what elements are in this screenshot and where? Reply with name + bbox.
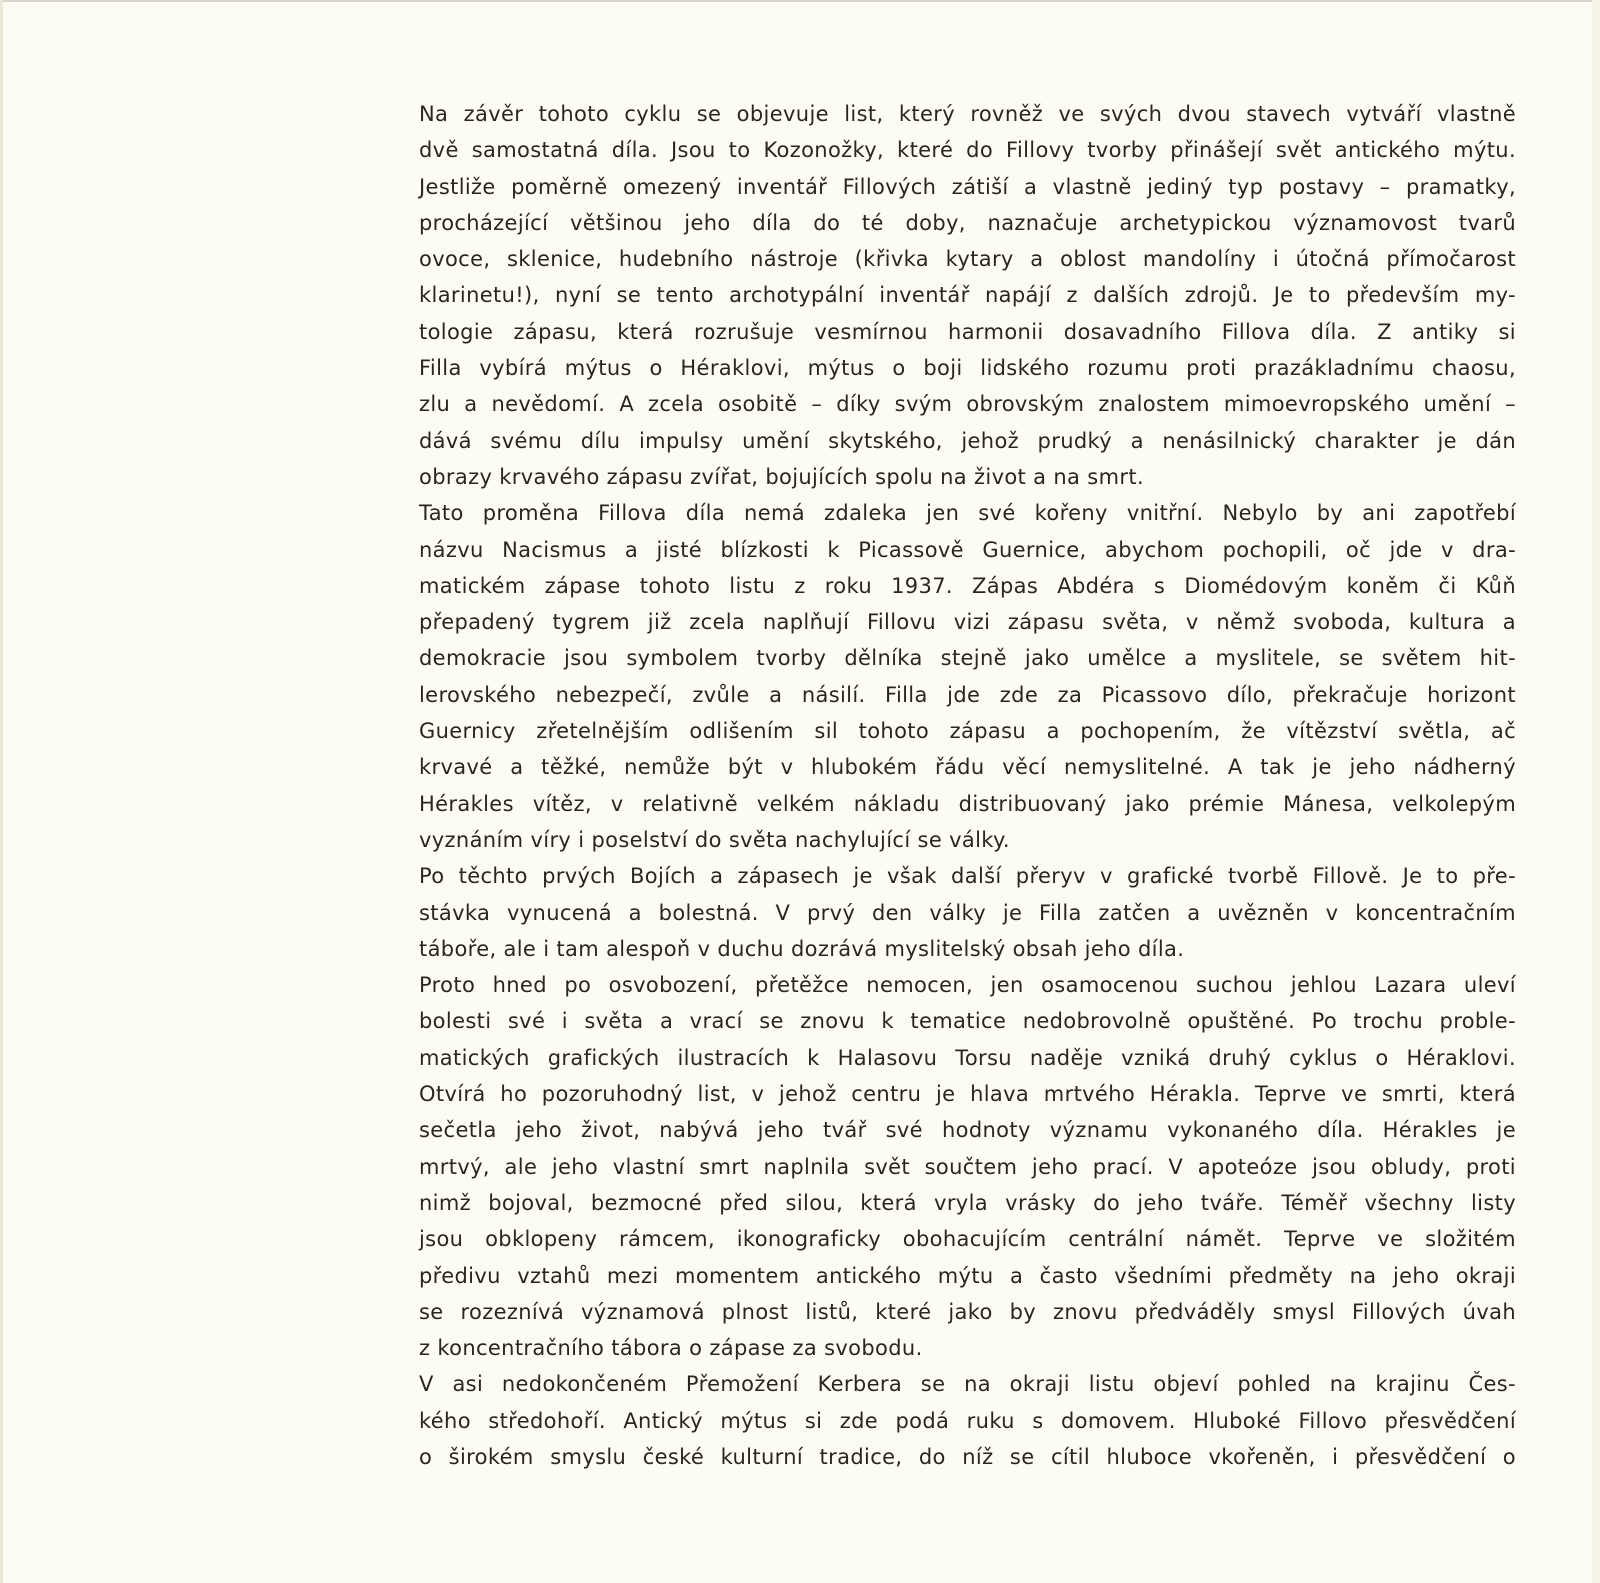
text-line: Hérakles vítěz, v relativně velkém nákla…	[419, 786, 1516, 822]
text-line: nimž bojoval, bezmocné před silou, která…	[419, 1185, 1516, 1221]
text-line: Tato proměna Fillova díla nemá zdaleka j…	[419, 495, 1516, 531]
text-line: ovoce, sklenice, hudebního nástroje (kři…	[419, 241, 1516, 277]
text-line: bolesti své i světa a vrací se znovu k t…	[419, 1003, 1516, 1039]
body-text-column: Na závěr tohoto cyklu se objevuje list, …	[419, 96, 1516, 1475]
text-line: jsou obklopeny rámcem, ikonograficky obo…	[419, 1221, 1516, 1257]
text-line: obrazy krvavého zápasu zvířat, bojujícíc…	[419, 459, 1516, 495]
paragraph: Proto hned po osvobození, přetěžce nemoc…	[419, 967, 1516, 1076]
text-line: sečetla jeho život, nabývá jeho tvář své…	[419, 1112, 1516, 1148]
text-line: Jestliže poměrně omezený inventář Fillov…	[419, 169, 1516, 205]
text-line: Proto hned po osvobození, přetěžce nemoc…	[419, 967, 1516, 1003]
text-line: matických grafických ilustracích k Halas…	[419, 1040, 1516, 1076]
page-binding-edge	[0, 0, 3, 1583]
text-line: Guernicy zřetelnějším odlišením sil toho…	[419, 713, 1516, 749]
text-line: krvavé a těžké, nemůže být v hlubokém řá…	[419, 749, 1516, 785]
text-line: Otvírá ho pozoruhodný list, v jehož cent…	[419, 1076, 1516, 1112]
text-line: se rozeznívá významová plnost listů, kte…	[419, 1294, 1516, 1330]
text-line: demokracie jsou symbolem tvorby dělníka …	[419, 640, 1516, 676]
paragraph: Na závěr tohoto cyklu se objevuje list, …	[419, 96, 1516, 495]
text-line: Po těchto prvých Bojích a zápasech je vš…	[419, 858, 1516, 894]
text-line: táboře, ale i tam alespoň v duchu dozráv…	[419, 931, 1516, 967]
text-line: Filla vybírá mýtus o Héraklovi, mýtus o …	[419, 350, 1516, 386]
text-line: dvě samostatná díla. Jsou to Kozonožky, …	[419, 132, 1516, 168]
page-top-edge	[0, 0, 1600, 2]
paragraph: Tato proměna Fillova díla nemá zdaleka j…	[419, 495, 1516, 858]
text-line: stávka vynucená a bolestná. V prvý den v…	[419, 895, 1516, 931]
page-right-edge	[1592, 0, 1600, 1583]
text-line: vyznáním víry i poselství do světa nachy…	[419, 822, 1516, 858]
text-line: názvu Nacismus a jisté blízkosti k Picas…	[419, 532, 1516, 568]
text-line: dává svému dílu impulsy umění skytského,…	[419, 423, 1516, 459]
text-line: kého středohoří. Antický mýtus si zde po…	[419, 1403, 1516, 1439]
text-line: matickém zápase tohoto listu z roku 1937…	[419, 568, 1516, 604]
text-line: tologie zápasu, která rozrušuje vesmírno…	[419, 314, 1516, 350]
text-line: V asi nedokončeném Přemožení Kerbera se …	[419, 1366, 1516, 1402]
text-line: klarinetu!), nyní se tento archotypální …	[419, 277, 1516, 313]
text-line: lerovského nebezpečí, zvůle a násilí. Fi…	[419, 677, 1516, 713]
text-line: procházející většinou jeho díla do té do…	[419, 205, 1516, 241]
text-line: Na závěr tohoto cyklu se objevuje list, …	[419, 96, 1516, 132]
paragraph: V asi nedokončeném Přemožení Kerbera se …	[419, 1366, 1516, 1475]
paragraph: Po těchto prvých Bojích a zápasech je vš…	[419, 858, 1516, 967]
text-line: z koncentračního tábora o zápase za svob…	[419, 1330, 1516, 1366]
text-line: zlu a nevědomí. A zcela osobitě – díky s…	[419, 386, 1516, 422]
text-line: mrtvý, ale jeho vlastní smrt naplnila sv…	[419, 1149, 1516, 1185]
text-line: přepadený tygrem již zcela naplňují Fill…	[419, 604, 1516, 640]
paragraph: Otvírá ho pozoruhodný list, v jehož cent…	[419, 1076, 1516, 1366]
text-line: o širokém smyslu české kulturní tradice,…	[419, 1439, 1516, 1475]
scanned-book-page: Na závěr tohoto cyklu se objevuje list, …	[0, 0, 1600, 1583]
text-line: předivu vztahů mezi momentem antického m…	[419, 1258, 1516, 1294]
